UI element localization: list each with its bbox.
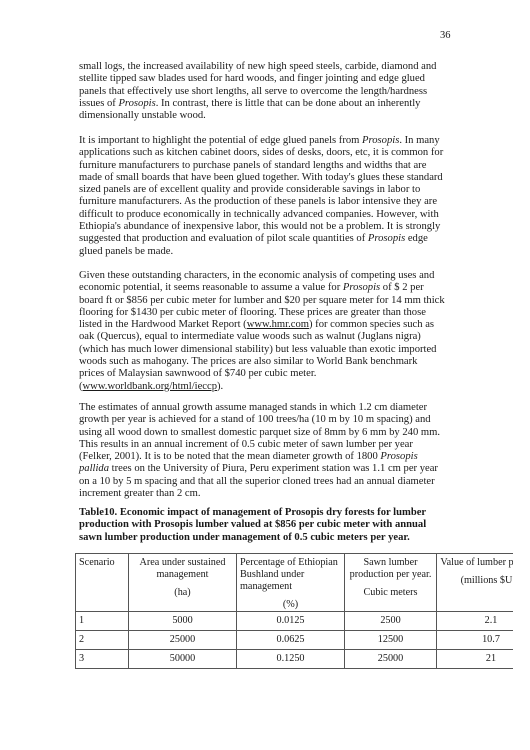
header-value: Value of lumber per year(millions $US): [437, 554, 514, 612]
table-cell: 21: [437, 650, 514, 669]
text-line: suggested that production and evaluation…: [79, 233, 529, 245]
text-line: (Felker, 2001). It is to be noted that t…: [79, 451, 529, 463]
text-line: This results in an annual increment of 0…: [79, 439, 529, 451]
text-line: made of small boards that have been glue…: [79, 172, 529, 184]
paragraph-3: Given these outstanding characters, in t…: [79, 270, 529, 393]
text-line: oak (Quercus), equal to intermediate val…: [79, 331, 529, 343]
header-sawn-lumber: Sawn lumber production per year.Cubic me…: [345, 554, 437, 612]
text-line: panels that effectively use short length…: [79, 86, 529, 98]
text-line: woods such as mahogany. The prices are a…: [79, 356, 529, 368]
paragraph-1: small logs, the increased availability o…: [79, 61, 529, 122]
header-area: Area under sustained management(ha): [129, 554, 237, 612]
text-line: Given these outstanding characters, in t…: [79, 270, 529, 282]
text-line: economic potential, it seems reasonable …: [79, 282, 529, 294]
header-percentage: Percentage of Ethiopian Bushland under m…: [237, 554, 345, 612]
text-line: listed in the Hardwood Market Report (ww…: [79, 319, 529, 331]
table-cell: 12500: [345, 631, 437, 650]
text-line: furniture manufacturers to purchase pane…: [79, 160, 529, 172]
table-cell: 2500: [345, 612, 437, 631]
page-number: 36: [440, 30, 451, 41]
table-cell: 0.0625: [237, 631, 345, 650]
text-line: on a 10 by 5 m spacing and that all the …: [79, 476, 529, 488]
link[interactable]: www.worldbank.org/html/ieccp: [83, 381, 217, 392]
text-line: growth per year is achieved for a stand …: [79, 414, 529, 426]
table-cell: 25000: [345, 650, 437, 669]
text-line: flooring for $1430 per cubic meter of fl…: [79, 307, 529, 319]
text-line: stellite tipped saw blades used for hard…: [79, 73, 529, 85]
text-line: Ethiopia's abundance of inexpensive labo…: [79, 221, 529, 233]
table-cell: 50000: [129, 650, 237, 669]
text-line: increment greater than 2 cm.: [79, 488, 529, 500]
text-line: difficult to produce economically in tec…: [79, 209, 529, 221]
text-line: small logs, the increased availability o…: [79, 61, 529, 73]
table-cell: 25000: [129, 631, 237, 650]
text-line: (www.worldbank.org/html/ieccp).: [79, 381, 529, 393]
table-cell: 1: [76, 612, 129, 631]
table-row: 3500000.12502500021: [76, 650, 514, 669]
table-cell: 5000: [129, 612, 237, 631]
table-container: Scenario Area under sustained management…: [75, 553, 513, 669]
text-line: (which has much lower dimensional stabil…: [79, 344, 529, 356]
table-cell: 0.0125: [237, 612, 345, 631]
text-line: prices of Malaysian sawnwood of $740 per…: [79, 368, 529, 380]
text-line: using all wood down to smallest domestic…: [79, 427, 529, 439]
table-cell: 10.7: [437, 631, 514, 650]
text-line: dimensionally unstable wood.: [79, 110, 529, 122]
link[interactable]: www.hmr.com: [247, 319, 309, 330]
table-caption: Table10. Economic impact of management o…: [79, 507, 426, 544]
text-line: applications such as kitchen cabinet doo…: [79, 147, 529, 159]
text-line: glued panels be made.: [79, 246, 529, 258]
table-header-row: Scenario Area under sustained management…: [76, 554, 514, 612]
paragraph-4: The estimates of annual growth assume ma…: [79, 402, 529, 500]
text-line: board ft or $856 per cubic meter for lum…: [79, 295, 529, 307]
text-line: It is important to highlight the potenti…: [79, 135, 529, 147]
table-cell: 0.1250: [237, 650, 345, 669]
text-line: sized panels are of excellent quality an…: [79, 184, 529, 196]
table-row: 2250000.06251250010.7: [76, 631, 514, 650]
text-line: issues of Prosopis. In contrast, there i…: [79, 98, 529, 110]
table-cell: 2.1: [437, 612, 514, 631]
text-line: furniture manufacturers. As the producti…: [79, 196, 529, 208]
economic-impact-table: Scenario Area under sustained management…: [75, 553, 513, 669]
header-scenario: Scenario: [76, 554, 129, 612]
text-line: pallida trees on the University of Piura…: [79, 463, 529, 475]
table-cell: 3: [76, 650, 129, 669]
table-cell: 2: [76, 631, 129, 650]
table-row: 150000.012525002.1: [76, 612, 514, 631]
paragraph-2: It is important to highlight the potenti…: [79, 135, 529, 258]
text-line: The estimates of annual growth assume ma…: [79, 402, 529, 414]
